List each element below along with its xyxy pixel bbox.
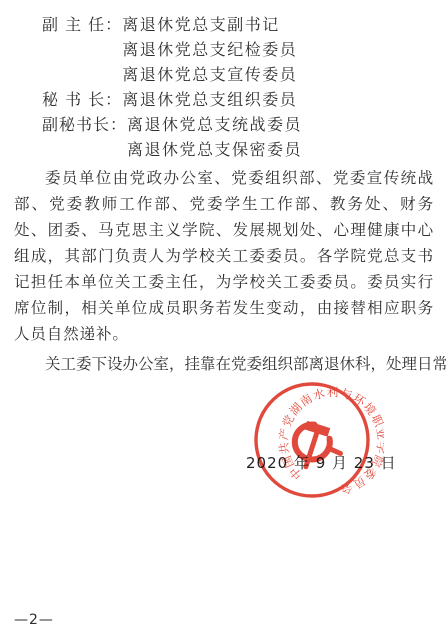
body-text: 委员单位由党政办公室、党委组织部、党委宣传统战部、党委教师工作部、党委学生工作部… [14, 165, 434, 377]
hammer-sickle-icon [289, 417, 340, 469]
position-roster: 副 主 任： 离退休党总支副书记 离退休党总支纪检委员 离退休党总支宣传委员 秘… [42, 12, 438, 162]
roster-value: 离退休党总支组织委员 [122, 87, 438, 112]
paragraph-committee-units: 委员单位由党政办公室、党委组织部、党委宣传统战部、党委教师工作部、党委学生工作部… [14, 165, 434, 347]
official-seal: 中国共产党湖南水利与环境职业学院委员会 [240, 368, 384, 512]
roster-value: 离退休党总支保密委员 [127, 137, 438, 162]
roster-row: 副秘书长： 离退休党总支统战委员 离退休党总支保密委员 [42, 112, 438, 162]
roster-value: 离退休党总支宣传委员 [122, 62, 438, 87]
roster-label: 副 主 任： [42, 12, 122, 37]
roster-row: 副 主 任： 离退休党总支副书记 离退休党总支纪检委员 离退休党总支宣传委员 [42, 12, 438, 87]
roster-value: 离退休党总支副书记 [122, 12, 438, 37]
roster-value: 离退休党总支统战委员 [127, 112, 438, 137]
document-page: 副 主 任： 离退休党总支副书记 离退休党总支纪检委员 离退休党总支宣传委员 秘… [0, 0, 446, 640]
roster-label: 秘 书 长： [42, 87, 122, 112]
roster-row: 秘 书 长： 离退休党总支组织委员 [42, 87, 438, 112]
roster-value: 离退休党总支纪检委员 [122, 37, 438, 62]
page-number: —2— [14, 612, 54, 628]
roster-label: 副秘书长： [42, 112, 127, 137]
